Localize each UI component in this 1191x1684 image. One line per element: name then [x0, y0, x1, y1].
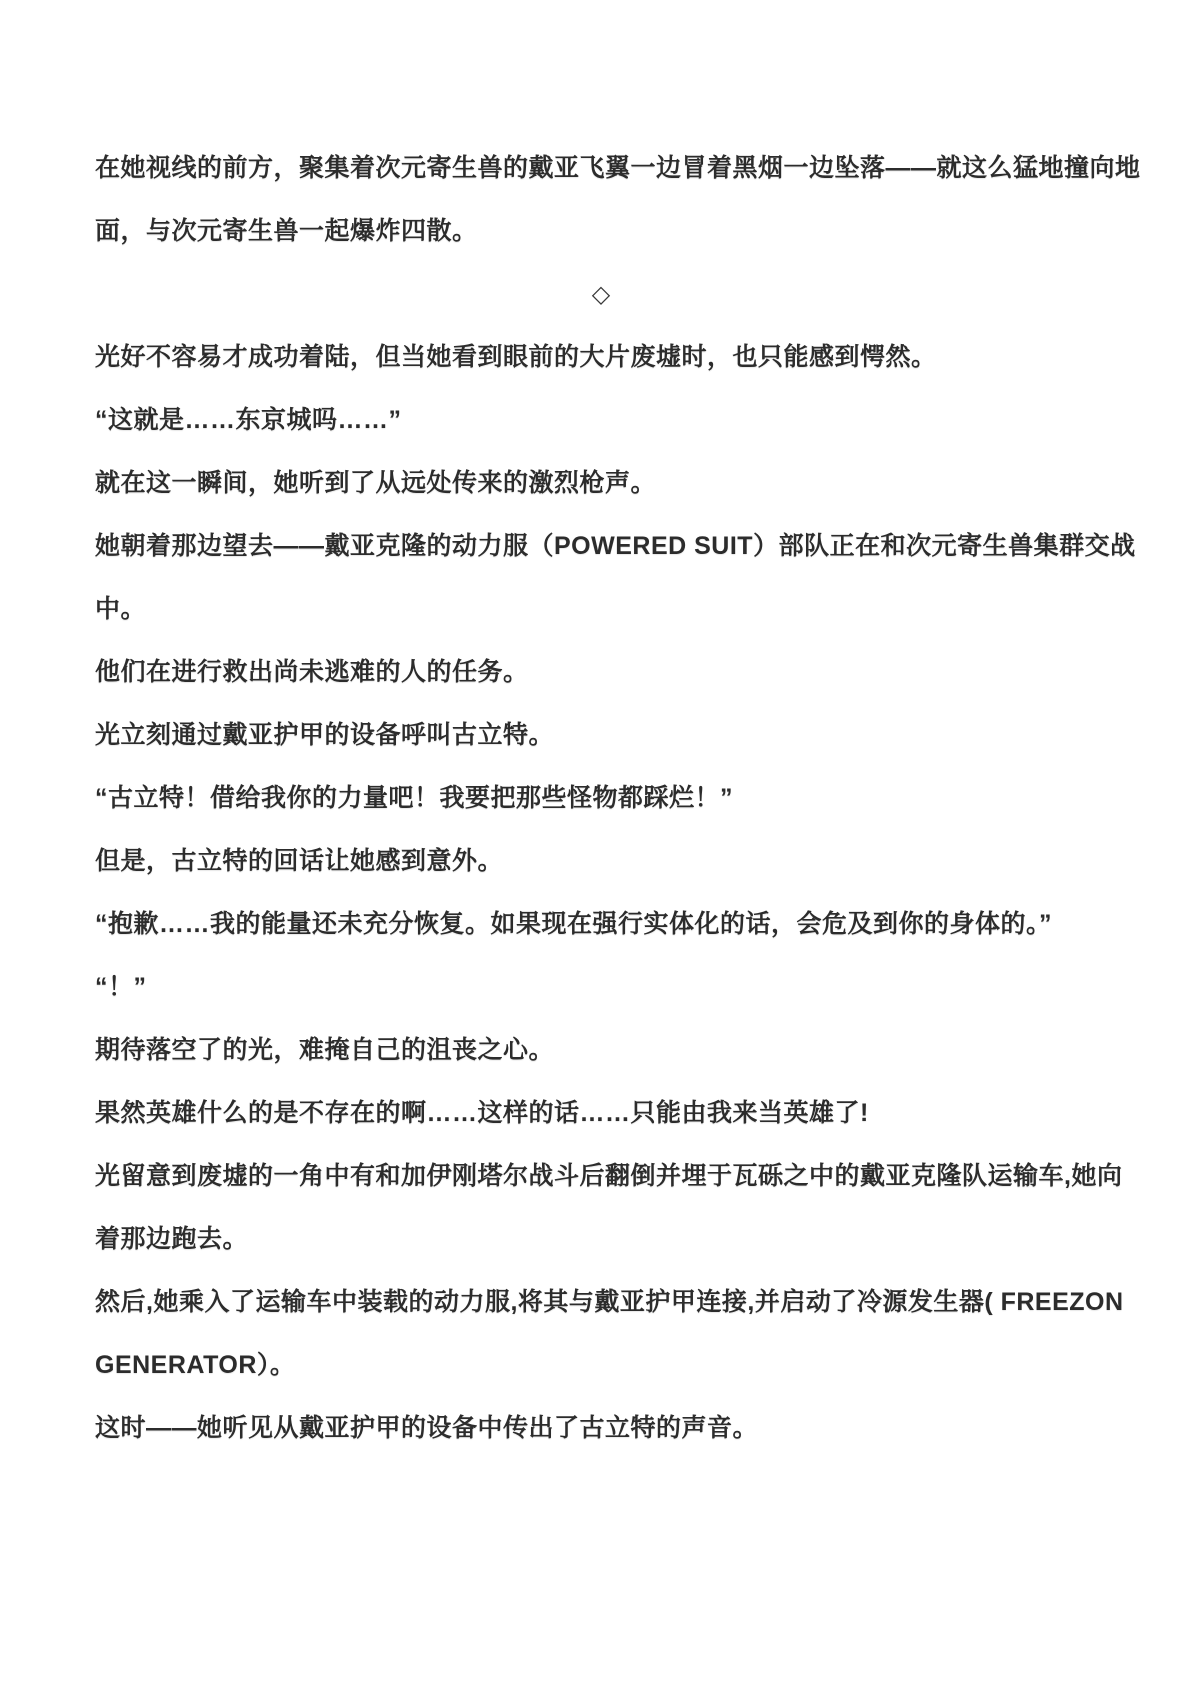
text-line: 在她视线的前方，聚集着次元寄生兽的戴亚飞翼一边冒着黑烟一边坠落——就这么猛地撞向… — [95, 137, 1107, 200]
text-line: 面，与次元寄生兽一起爆炸四散。 — [95, 200, 1107, 263]
text-line: 就在这一瞬间，她听到了从远处传来的激烈枪声。 — [95, 452, 1107, 515]
section-separator-diamond: ◇ — [95, 263, 1107, 326]
text-line: 她朝着那边望去——戴亚克隆的动力服（POWERED SUIT）部队正在和次元寄生… — [95, 515, 1107, 578]
text-line: 但是，古立特的回话让她感到意外。 — [95, 830, 1107, 893]
text-line: “！” — [95, 956, 1107, 1019]
text-lines: 在她视线的前方，聚集着次元寄生兽的戴亚飞翼一边冒着黑烟一边坠落——就这么猛地撞向… — [95, 137, 1107, 1460]
text-line: “古立特！借给我你的力量吧！我要把那些怪物都踩烂！” — [95, 767, 1107, 830]
text-line: 光留意到废墟的一角中有和加伊刚塔尔战斗后翻倒并埋于瓦砾之中的戴亚克隆队运输车,她… — [95, 1145, 1107, 1208]
text-line: 光立刻通过戴亚护甲的设备呼叫古立特。 — [95, 704, 1107, 767]
text-line: GENERATOR）。 — [95, 1334, 1107, 1397]
text-line: 着那边跑去。 — [95, 1208, 1107, 1271]
text-line: 光好不容易才成功着陆，但当她看到眼前的大片废墟时，也只能感到愕然。 — [95, 326, 1107, 389]
text-line: 他们在进行救出尚未逃难的人的任务。 — [95, 641, 1107, 704]
text-line: 这时——她听见从戴亚护甲的设备中传出了古立特的声音。 — [95, 1397, 1107, 1460]
text-line: “这就是……东京城吗……” — [95, 389, 1107, 452]
text-line: 期待落空了的光，难掩自己的沮丧之心。 — [95, 1019, 1107, 1082]
text-line: 中。 — [95, 578, 1107, 641]
document-page: 在她视线的前方，聚集着次元寄生兽的戴亚飞翼一边冒着黑烟一边坠落——就这么猛地撞向… — [0, 0, 1191, 1684]
text-line: 然后,她乘入了运输车中装载的动力服,将其与戴亚护甲连接,并启动了冷源发生器( F… — [95, 1271, 1107, 1334]
text-line: 果然英雄什么的是不存在的啊……这样的话……只能由我来当英雄了! — [95, 1082, 1107, 1145]
text-line: “抱歉……我的能量还未充分恢复。如果现在强行实体化的话，会危及到你的身体的。” — [95, 893, 1107, 956]
